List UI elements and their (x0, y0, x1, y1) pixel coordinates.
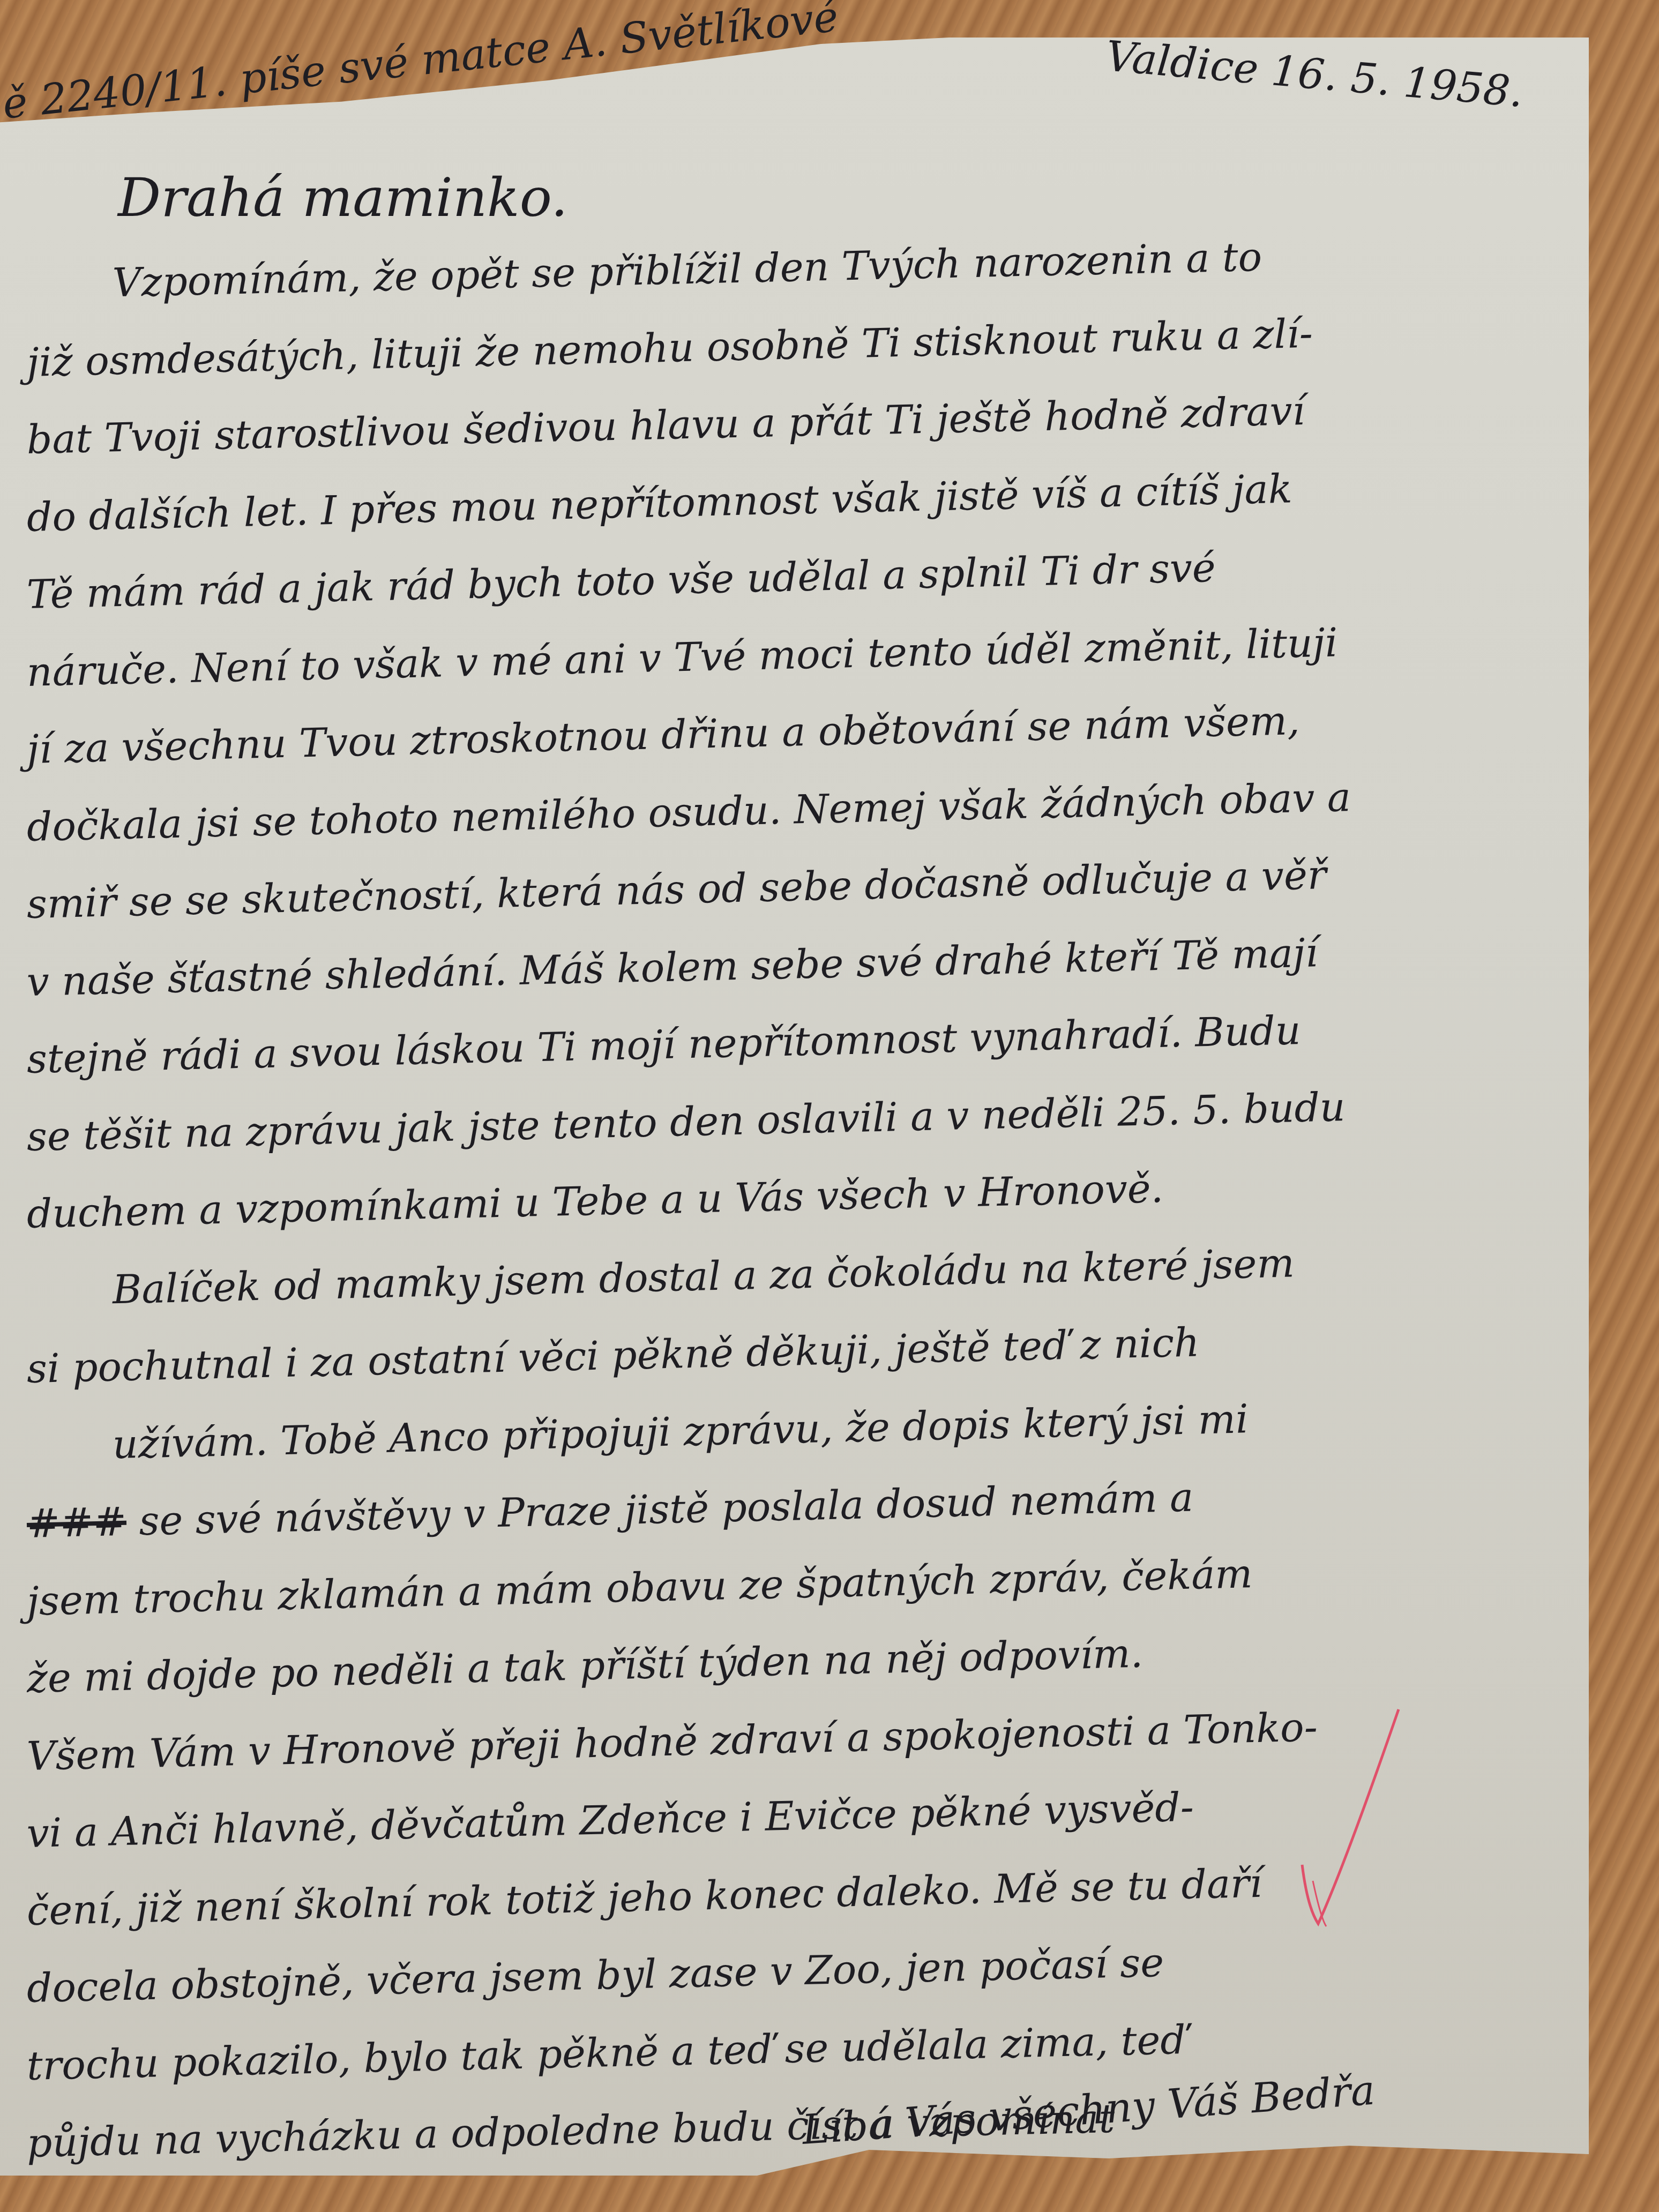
greeting: Drahá maminko. (118, 166, 568, 229)
struck-out-word: ### (26, 1499, 127, 1547)
red-checkmark-icon (1297, 1704, 1404, 1929)
